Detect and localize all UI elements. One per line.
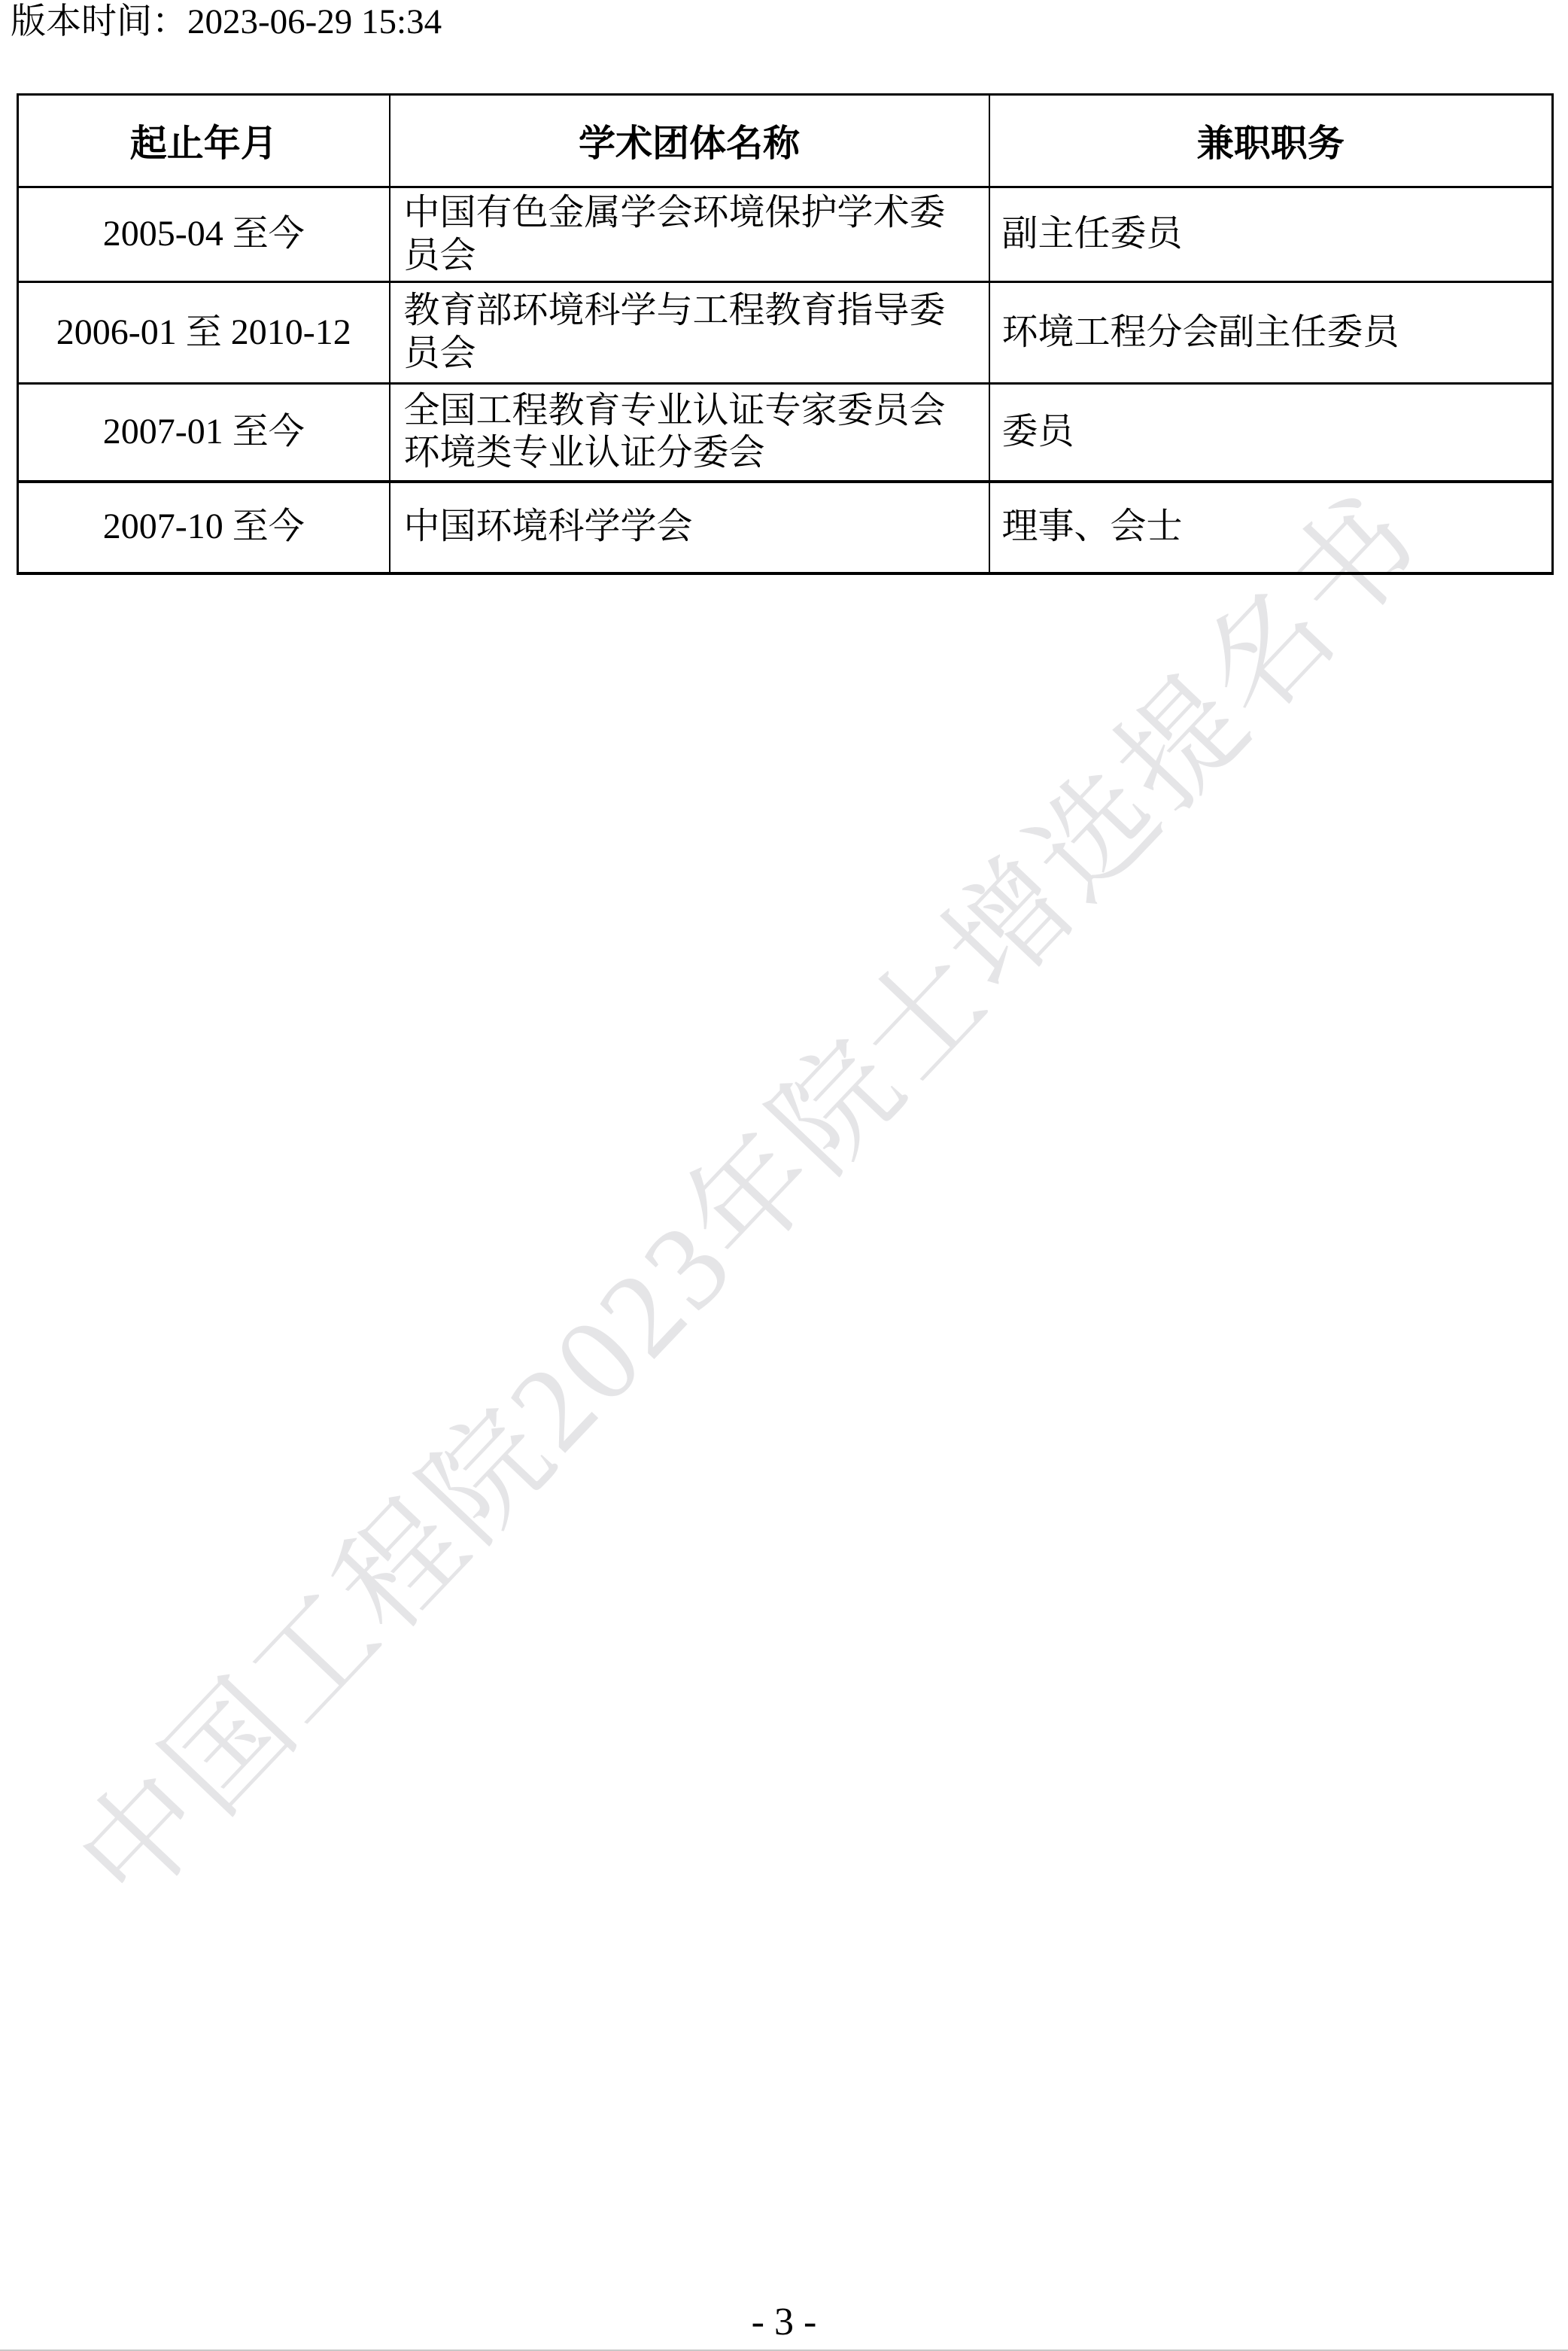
table-row: 2007-10 至今 中国环境科学学会 理事、会士 (18, 482, 1553, 573)
position-cell: 副主任委员 (989, 187, 1553, 282)
column-header-period: 起止年月 (18, 95, 390, 187)
memberships-table: 起止年月 学术团体名称 兼职职务 2005-04 至今 中国有色金属学会环境保护… (17, 93, 1554, 575)
position-cell: 理事、会士 (989, 482, 1553, 573)
period-cell: 2007-01 至今 (18, 384, 390, 482)
diagonal-watermark-text: 中国工程院2023年院士增选提名书 (31, 449, 1452, 1933)
column-header-organization: 学术团体名称 (390, 95, 989, 187)
period-cell: 2005-04 至今 (18, 187, 390, 282)
organization-cell: 全国工程教育专业认证专家委员会 环境类专业认证分委会 (390, 384, 989, 482)
table-row: 2006-01 至 2010-12 教育部环境科学与工程教育指导委 员会 环境工… (18, 282, 1553, 384)
position-cell: 环境工程分会副主任委员 (989, 282, 1553, 384)
organization-cell: 中国有色金属学会环境保护学术委 员会 (390, 187, 989, 282)
table-row: 2005-04 至今 中国有色金属学会环境保护学术委 员会 副主任委员 (18, 187, 1553, 282)
column-header-position: 兼职职务 (989, 95, 1553, 187)
document-page: { "page": { "version_line": "版本时间：2023-0… (0, 0, 1568, 2351)
period-cell: 2006-01 至 2010-12 (18, 282, 390, 384)
version-timestamp: 版本时间：2023-06-29 15:34 (11, 3, 442, 42)
position-cell: 委员 (989, 384, 1553, 482)
table-header-row: 起止年月 学术团体名称 兼职职务 (18, 95, 1553, 187)
organization-cell: 教育部环境科学与工程教育指导委 员会 (390, 282, 989, 384)
table-row: 2007-01 至今 全国工程教育专业认证专家委员会 环境类专业认证分委会 委员 (18, 384, 1553, 482)
organization-cell: 中国环境科学学会 (390, 482, 989, 573)
period-cell: 2007-10 至今 (18, 482, 390, 573)
page-number: - 3 - (0, 2300, 1568, 2344)
